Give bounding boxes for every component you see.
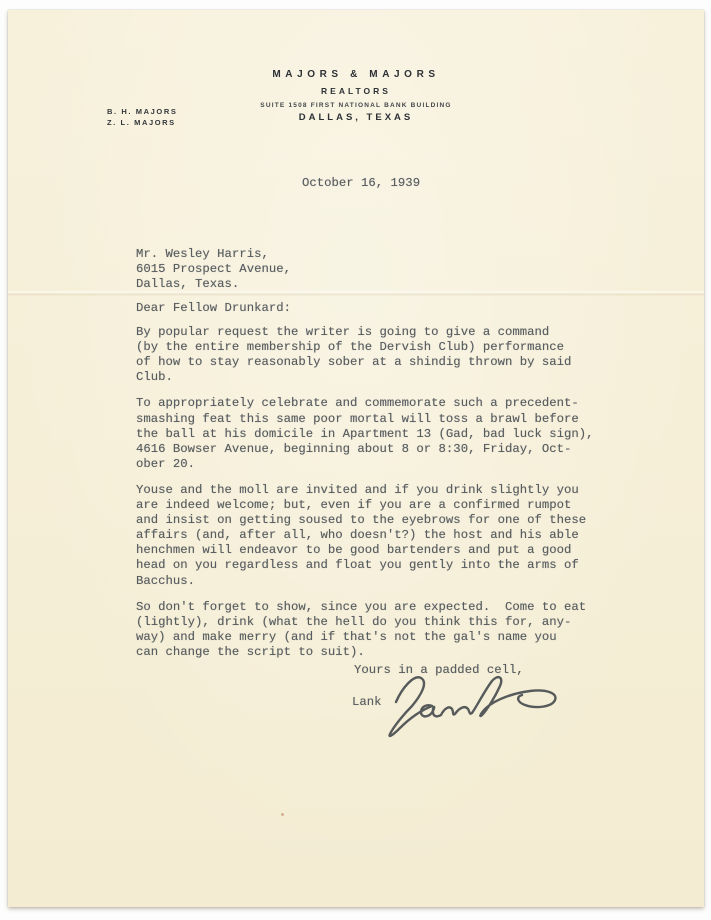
- letter-date: October 16, 1939: [302, 176, 420, 191]
- letterhead-city: DALLAS, TEXAS: [8, 112, 704, 123]
- letter-paper: B. H. MAJORS Z. L. MAJORS MAJORS & MAJOR…: [8, 10, 704, 907]
- letterhead-subtitle: REALTORS: [8, 86, 704, 96]
- salutation: Dear Fellow Drunkard:: [136, 301, 631, 316]
- letterhead-company-name: MAJORS & MAJORS: [8, 69, 704, 80]
- handwritten-signature: [358, 668, 573, 748]
- letterhead-street-address: SUITE 1508 FIRST NATIONAL BANK BUILDING: [8, 102, 704, 109]
- paragraph-3: Youse and the moll are invited and if yo…: [136, 483, 631, 589]
- scanned-letter-page: B. H. MAJORS Z. L. MAJORS MAJORS & MAJOR…: [0, 0, 711, 920]
- paragraph-1: By popular request the writer is going t…: [136, 325, 631, 385]
- fold-crease: [8, 291, 704, 296]
- paper-speck: [281, 813, 284, 816]
- paragraph-4: So don't forget to show, since you are e…: [136, 600, 631, 660]
- paragraph-2: To appropriately celebrate and commemora…: [136, 396, 631, 471]
- recipient-address: Mr. Wesley Harris, 6015 Prospect Avenue,…: [136, 247, 291, 292]
